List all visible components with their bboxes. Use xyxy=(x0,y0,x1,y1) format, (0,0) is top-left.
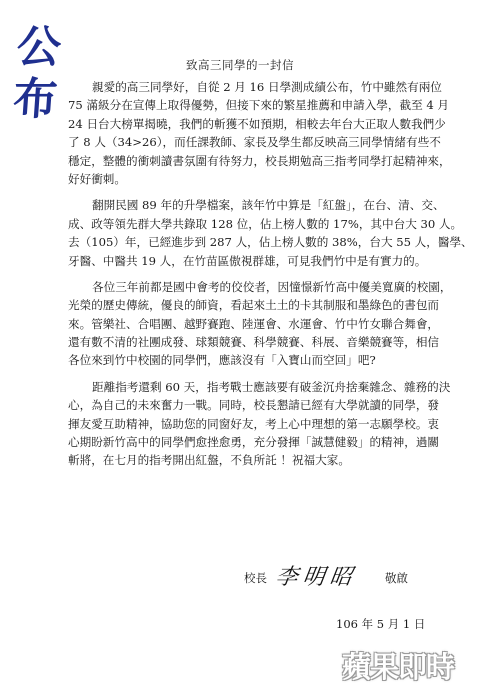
paragraph-gap xyxy=(68,270,408,278)
text-line: 揮友愛互助精神，協助您的同窗好友，考上心中理想的第一志願學校。衷 xyxy=(68,415,408,433)
text-line: 心，為自己的未來奮力一戰。同時，校長懇請已經有大學就讀的同學，發 xyxy=(68,396,408,414)
letter-date: 106 年 5 月 1 日 xyxy=(336,616,425,632)
handwritten-signature: 李明昭 xyxy=(274,560,359,591)
text-line: 成、政等領先群大學共錄取 128 位，佔上榜人數的 17%，其中台大 30 人。 xyxy=(68,215,408,233)
paragraph-gap xyxy=(68,188,408,196)
paragraph-2: 翻開民國 89 年的升學檔案，該年竹中算是「紅盤」，在台、清、交、 成、政等領先… xyxy=(68,196,408,270)
letter-title: 致高三同學的一封信 xyxy=(0,57,480,73)
text-line: 翻開民國 89 年的升學檔案，該年竹中算是「紅盤」，在台、清、交、 xyxy=(68,196,408,214)
text-line: 還有數不清的社團成發、球類競賽、科學競賽、科展、音樂競賽等，相信 xyxy=(68,333,408,351)
paragraph-3: 各位三年前都是國中會考的佼佼者，因憧憬新竹高中優美寬廣的校園， 光榮的歷史傳統，… xyxy=(68,278,408,370)
stamp-char: 布 xyxy=(8,74,62,126)
text-line: 距離指考還剩 60 天，指考戰士應該要有破釜沉舟捨棄雜念、雜務的決 xyxy=(68,378,408,396)
principal-title: 校長 xyxy=(244,570,267,586)
paragraph-4: 距離指考還剩 60 天，指考戰士應該要有破釜沉舟捨棄雜念、雜務的決 心，為自己的… xyxy=(68,378,408,470)
text-line: 心期盼新竹高中的同學們愈挫愈勇，充分發揮「誠慧健毅」的精神，過關 xyxy=(68,433,408,451)
announcement-stamp: 公 布 xyxy=(8,22,65,126)
text-line: 了 8 人（34>26），而任課教師、家長及學生都反映高三同學情緒有些不 xyxy=(68,133,408,151)
text-line: 去（105）年，已經進步到 287 人，佔上榜人數的 38%，台大 55 人，醫… xyxy=(68,233,408,251)
text-line: 光榮的歷史傳統，優良的師資，看起來土土的卡其制服和墨綠色的書包而 xyxy=(68,296,408,314)
text-line: 各位來到竹中校園的同學們，應該沒有「入寶山而空回」吧? xyxy=(68,351,408,369)
text-line: 75 滿級分在宣傳上取得優勢，但接下來的繁星推薦和申請入學，截至 4 月 xyxy=(68,96,408,114)
text-line: 好好衝刺。 xyxy=(68,170,408,188)
text-line: 穩定，整體的衝刺讀書氛圍有待努力，校長期勉高三指考同學打起精神來， xyxy=(68,152,408,170)
text-line: 24 日台大榜單揭曉，我們的斬獲不如預期，相較去年台大正取人數我們少 xyxy=(68,115,408,133)
watermark-logo: 蘋果即時 xyxy=(342,645,454,686)
text-line: 各位三年前都是國中會考的佼佼者，因憧憬新竹高中優美寬廣的校園， xyxy=(68,278,408,296)
letter-body: 親愛的高三同學好，自從 2 月 16 日學測成績公布，竹中雖然有兩位 75 滿級… xyxy=(68,78,408,470)
closing-salutation: 敬啟 xyxy=(385,570,408,586)
signature-block: 校長 李明昭 敬啟 xyxy=(240,562,440,592)
paragraph-1: 親愛的高三同學好，自從 2 月 16 日學測成績公布，竹中雖然有兩位 75 滿級… xyxy=(68,78,408,188)
paragraph-gap xyxy=(68,370,408,378)
text-line: 斬將，在七月的指考開出紅盤，不負所託 ！祝福大家。 xyxy=(68,451,408,469)
text-line: 親愛的高三同學好，自從 2 月 16 日學測成績公布，竹中雖然有兩位 xyxy=(68,78,408,96)
text-line: 來。管樂社、合唱團、越野賽跑、陸運會、水運會、竹中竹女聯合舞會， xyxy=(68,315,408,333)
text-line: 牙醫、中醫共 19 人，在竹苗區傲視群雄，可見我們竹中是有實力的。 xyxy=(68,252,408,270)
